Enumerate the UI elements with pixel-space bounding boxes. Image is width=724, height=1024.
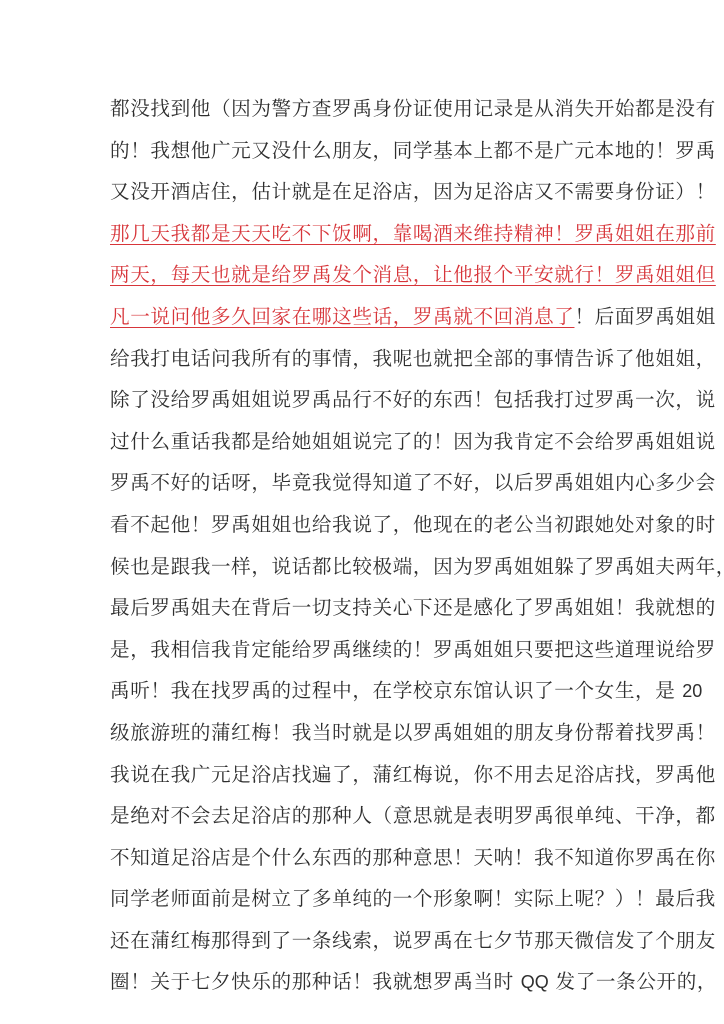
text-line: 是，我相信我肯定能给罗禹继续的！罗禹姐姐只要把这些道理说给罗	[110, 629, 616, 671]
text-line: 是绝对不会去足浴店的那种人（意思就是表明罗禹很单纯、干净，都	[110, 795, 616, 837]
body-text-segment: 我说在我广元足浴店找遍了，蒲红梅说，你不用去足浴店找，罗禹他	[110, 763, 716, 786]
body-text-segment: ！后面罗禹姐姐	[574, 305, 715, 328]
text-line: 圈！关于七夕快乐的那种话！我就想罗禹当时 QQ 发了一条公开的，	[110, 961, 616, 1003]
text-line: 都没找到他（因为警方查罗禹身份证使用记录是从消失开始都是没有	[110, 88, 616, 130]
latin-text: QQ	[521, 972, 549, 992]
text-line: 我说在我广元足浴店找遍了，蒲红梅说，你不用去足浴店找，罗禹他	[110, 754, 616, 796]
text-line: 过什么重话我都是给她姐姐说完了的！因为我肯定不会给罗禹姐姐说	[110, 421, 616, 463]
text-line: 最后罗禹姐夫在背后一切支持关心下还是感化了罗禹姐姐！我就想的	[110, 587, 616, 629]
body-text-segment: 级旅游班的蒲红梅！我当时就是以罗禹姐姐的朋友身份帮着找罗禹！	[110, 721, 716, 744]
text-line: 除了没给罗禹姐姐说罗禹品行不好的东西！包括我打过罗禹一次，说	[110, 379, 616, 421]
body-text-segment: 发了一条公开的，	[549, 970, 717, 993]
body-text-segment: 都没找到他（因为警方查罗禹身份证使用记录是从消失开始都是没有	[110, 97, 716, 120]
text-line: 看不起他！罗禹姐姐也给我说了，他现在的老公当初跟她处对象的时	[110, 504, 616, 546]
highlighted-text: 两天，每天也就是给罗禹发个消息，让他报个平安就行！罗禹姐姐但	[110, 263, 716, 286]
highlighted-text: 那几天我都是天天吃不下饭啊，靠喝酒来维持精神！罗禹姐姐在那前	[110, 222, 716, 245]
body-text-segment: 的！我想他广元又没什么朋友，同学基本上都不是广元本地的！罗禹	[110, 139, 716, 162]
body-text-segment: 还在蒲红梅那得到了一条线索，说罗禹在七夕节那天微信发了个朋友	[110, 929, 716, 952]
body-text-segment: 是，我相信我肯定能给罗禹继续的！罗禹姐姐只要把这些道理说给罗	[110, 638, 716, 661]
text-line: 级旅游班的蒲红梅！我当时就是以罗禹姐姐的朋友身份帮着找罗禹！	[110, 712, 616, 754]
document-body: 都没找到他（因为警方查罗禹身份证使用记录是从消失开始都是没有的！我想他广元又没什…	[110, 88, 616, 1003]
body-text-segment: 圈！关于七夕快乐的那种话！我就想罗禹当时	[110, 970, 521, 993]
text-line: 的！我想他广元又没什么朋友，同学基本上都不是广元本地的！罗禹	[110, 130, 616, 172]
body-text-segment: 同学老师面前是树立了多单纯的一个形象啊！实际上呢？）！最后我	[110, 887, 716, 910]
text-line: 还在蒲红梅那得到了一条线索，说罗禹在七夕节那天微信发了个朋友	[110, 920, 616, 962]
text-line: 又没开酒店住，估计就是在足浴店，因为足浴店又不需要身份证）！	[110, 171, 616, 213]
highlighted-text: 凡一说问他多久回家在哪这些话，罗禹就不回消息了	[110, 305, 574, 328]
body-text-segment: 过什么重话我都是给她姐姐说完了的！因为我肯定不会给罗禹姐姐说	[110, 430, 716, 453]
body-text-segment: 不知道足浴店是个什么东西的那种意思！天呐！我不知道你罗禹在你	[110, 846, 716, 869]
body-text-segment: 除了没给罗禹姐姐说罗禹品行不好的东西！包括我打过罗禹一次，说	[110, 388, 716, 411]
text-line: 候也是跟我一样，说话都比较极端，因为罗禹姐姐躲了罗禹姐夫两年，	[110, 546, 616, 588]
text-line: 罗禹不好的话呀，毕竟我觉得知道了不好，以后罗禹姐姐内心多少会	[110, 462, 616, 504]
body-text-segment: 罗禹不好的话呀，毕竟我觉得知道了不好，以后罗禹姐姐内心多少会	[110, 471, 716, 494]
body-text-segment: 给我打电话问我所有的事情，我呢也就把全部的事情告诉了他姐姐，	[110, 347, 716, 370]
text-line: 不知道足浴店是个什么东西的那种意思！天呐！我不知道你罗禹在你	[110, 837, 616, 879]
text-line: 两天，每天也就是给罗禹发个消息，让他报个平安就行！罗禹姐姐但	[110, 254, 616, 296]
latin-text: 20	[682, 681, 702, 701]
text-line: 那几天我都是天天吃不下饭啊，靠喝酒来维持精神！罗禹姐姐在那前	[110, 213, 616, 255]
body-text-segment: 看不起他！罗禹姐姐也给我说了，他现在的老公当初跟她处对象的时	[110, 513, 716, 536]
body-text-segment: 候也是跟我一样，说话都比较极端，因为罗禹姐姐躲了罗禹姐夫两年，	[110, 555, 724, 578]
document-page: 都没找到他（因为警方查罗禹身份证使用记录是从消失开始都是没有的！我想他广元又没什…	[0, 0, 724, 1024]
body-text-segment: 又没开酒店住，估计就是在足浴店，因为足浴店又不需要身份证）！	[110, 180, 716, 203]
text-line: 给我打电话问我所有的事情，我呢也就把全部的事情告诉了他姐姐，	[110, 338, 616, 380]
text-line: 同学老师面前是树立了多单纯的一个形象啊！实际上呢？）！最后我	[110, 878, 616, 920]
text-line: 凡一说问他多久回家在哪这些话，罗禹就不回消息了！后面罗禹姐姐	[110, 296, 616, 338]
body-text-segment: 禹听！我在找罗禹的过程中，在学校京东馆认识了一个女生，是	[110, 679, 682, 702]
body-text-segment: 是绝对不会去足浴店的那种人（意思就是表明罗禹很单纯、干净，都	[110, 804, 716, 827]
text-line: 禹听！我在找罗禹的过程中，在学校京东馆认识了一个女生，是 20	[110, 670, 616, 712]
body-text-segment: 最后罗禹姐夫在背后一切支持关心下还是感化了罗禹姐姐！我就想的	[110, 596, 716, 619]
